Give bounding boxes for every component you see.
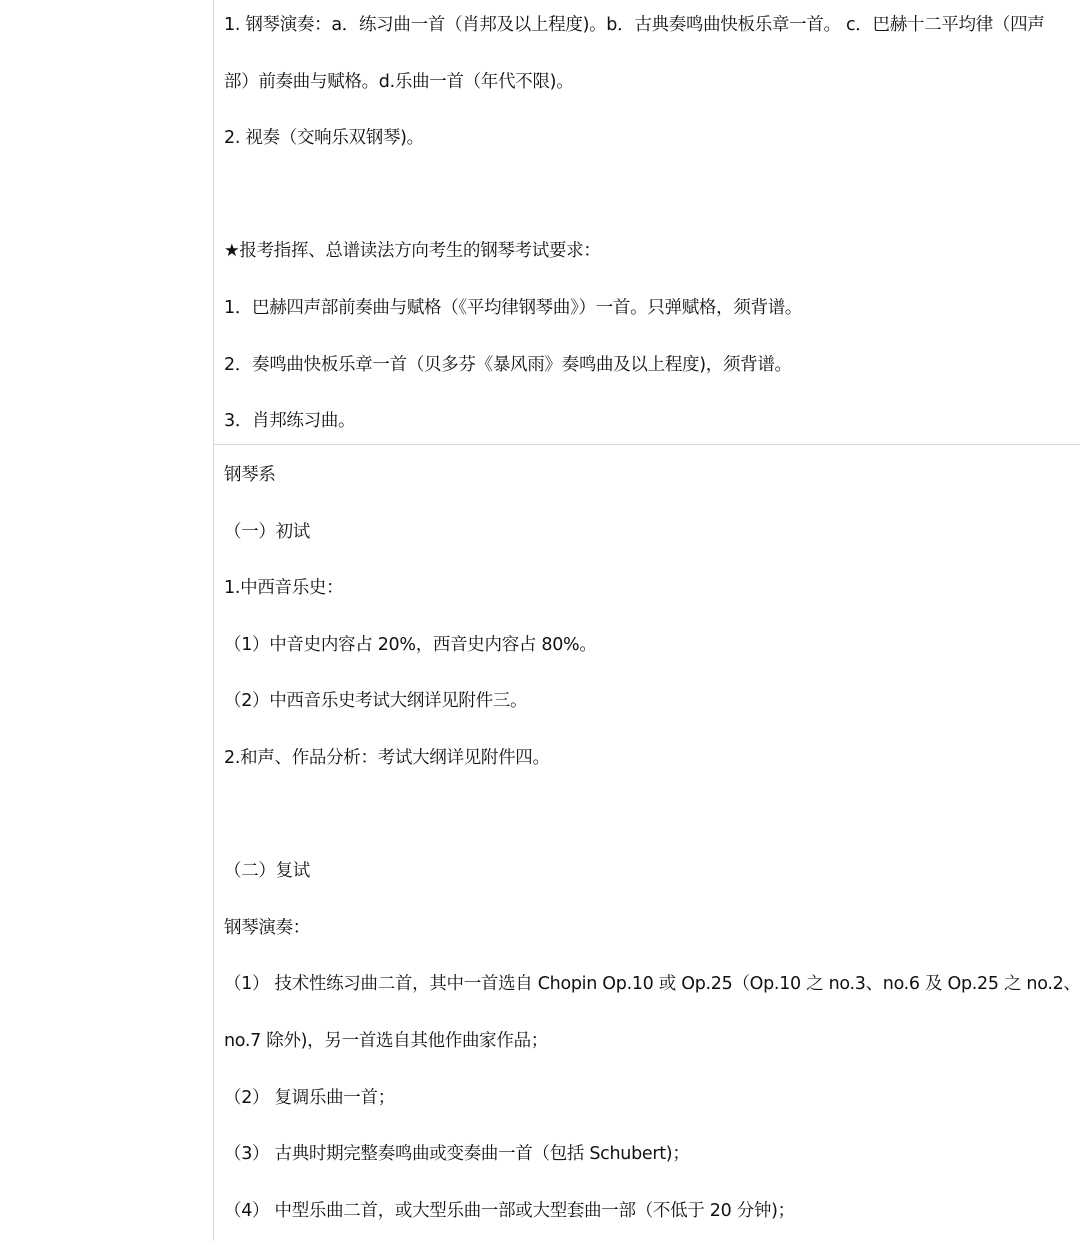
section-note: ★报考指挥、总谱读法方向考生的钢琴考试要求： xyxy=(224,223,1080,280)
text-line: （1）中音史内容占 20%，西音史内容占 80%。 xyxy=(224,617,1080,674)
text-line: （2）中西音乐史考试大纲详见附件三。 xyxy=(224,673,1080,730)
text-line: no.7 除外)，另一首选自其他作曲家作品； xyxy=(224,1013,1080,1070)
text-line: （4） 中型乐曲二首，或大型乐曲一部或大型套曲一部（不低于 20 分钟)； xyxy=(224,1183,1080,1240)
text-line: （3） 古典时期完整奏鸣曲或变奏曲一首（包括 Schubert)； xyxy=(224,1126,1080,1183)
text-line: 钢琴演奏： xyxy=(224,900,1080,957)
table-cell-conducting-requirements: 1. 钢琴演奏：a．练习曲一首（肖邦及以上程度)。b．古典奏鸣曲快板乐章一首。 … xyxy=(214,0,1080,445)
text-line: （1） 技术性练习曲二首，其中一首选自 Chopin Op.10 或 Op.25… xyxy=(224,956,1080,1013)
blank-line xyxy=(224,787,1080,844)
section-heading-retest: （二）复试 xyxy=(224,843,1080,900)
requirements-table: 1. 钢琴演奏：a．练习曲一首（肖邦及以上程度)。b．古典奏鸣曲快板乐章一首。 … xyxy=(213,0,1080,1241)
text-line: 部）前奏曲与赋格。d.乐曲一首（年代不限)。 xyxy=(224,54,1080,111)
blank-line xyxy=(224,167,1080,224)
section-heading-preliminary: （一）初试 xyxy=(224,504,1080,561)
text-line: 2．奏鸣曲快板乐章一首（贝多芬《暴风雨》奏鸣曲及以上程度)，须背谱。 xyxy=(224,337,1080,394)
text-line: 1.中西音乐史： xyxy=(224,560,1080,617)
text-line: 1. 钢琴演奏：a．练习曲一首（肖邦及以上程度)。b．古典奏鸣曲快板乐章一首。 … xyxy=(224,0,1080,54)
table-cell-piano-department: 钢琴系 （一）初试 1.中西音乐史： （1）中音史内容占 20%，西音史内容占 … xyxy=(214,447,1080,1241)
text-line: 1．巴赫四声部前奏曲与赋格（《平均律钢琴曲》）一首。只弹赋格，须背谱。 xyxy=(224,280,1080,337)
text-line: 2.和声、作品分析：考试大纲详见附件四。 xyxy=(224,730,1080,787)
text-line: 3．肖邦练习曲。 xyxy=(224,393,1080,450)
text-line: （2） 复调乐曲一首； xyxy=(224,1070,1080,1127)
department-title: 钢琴系 xyxy=(224,447,1080,504)
text-line: 2. 视奏（交响乐双钢琴)。 xyxy=(224,110,1080,167)
